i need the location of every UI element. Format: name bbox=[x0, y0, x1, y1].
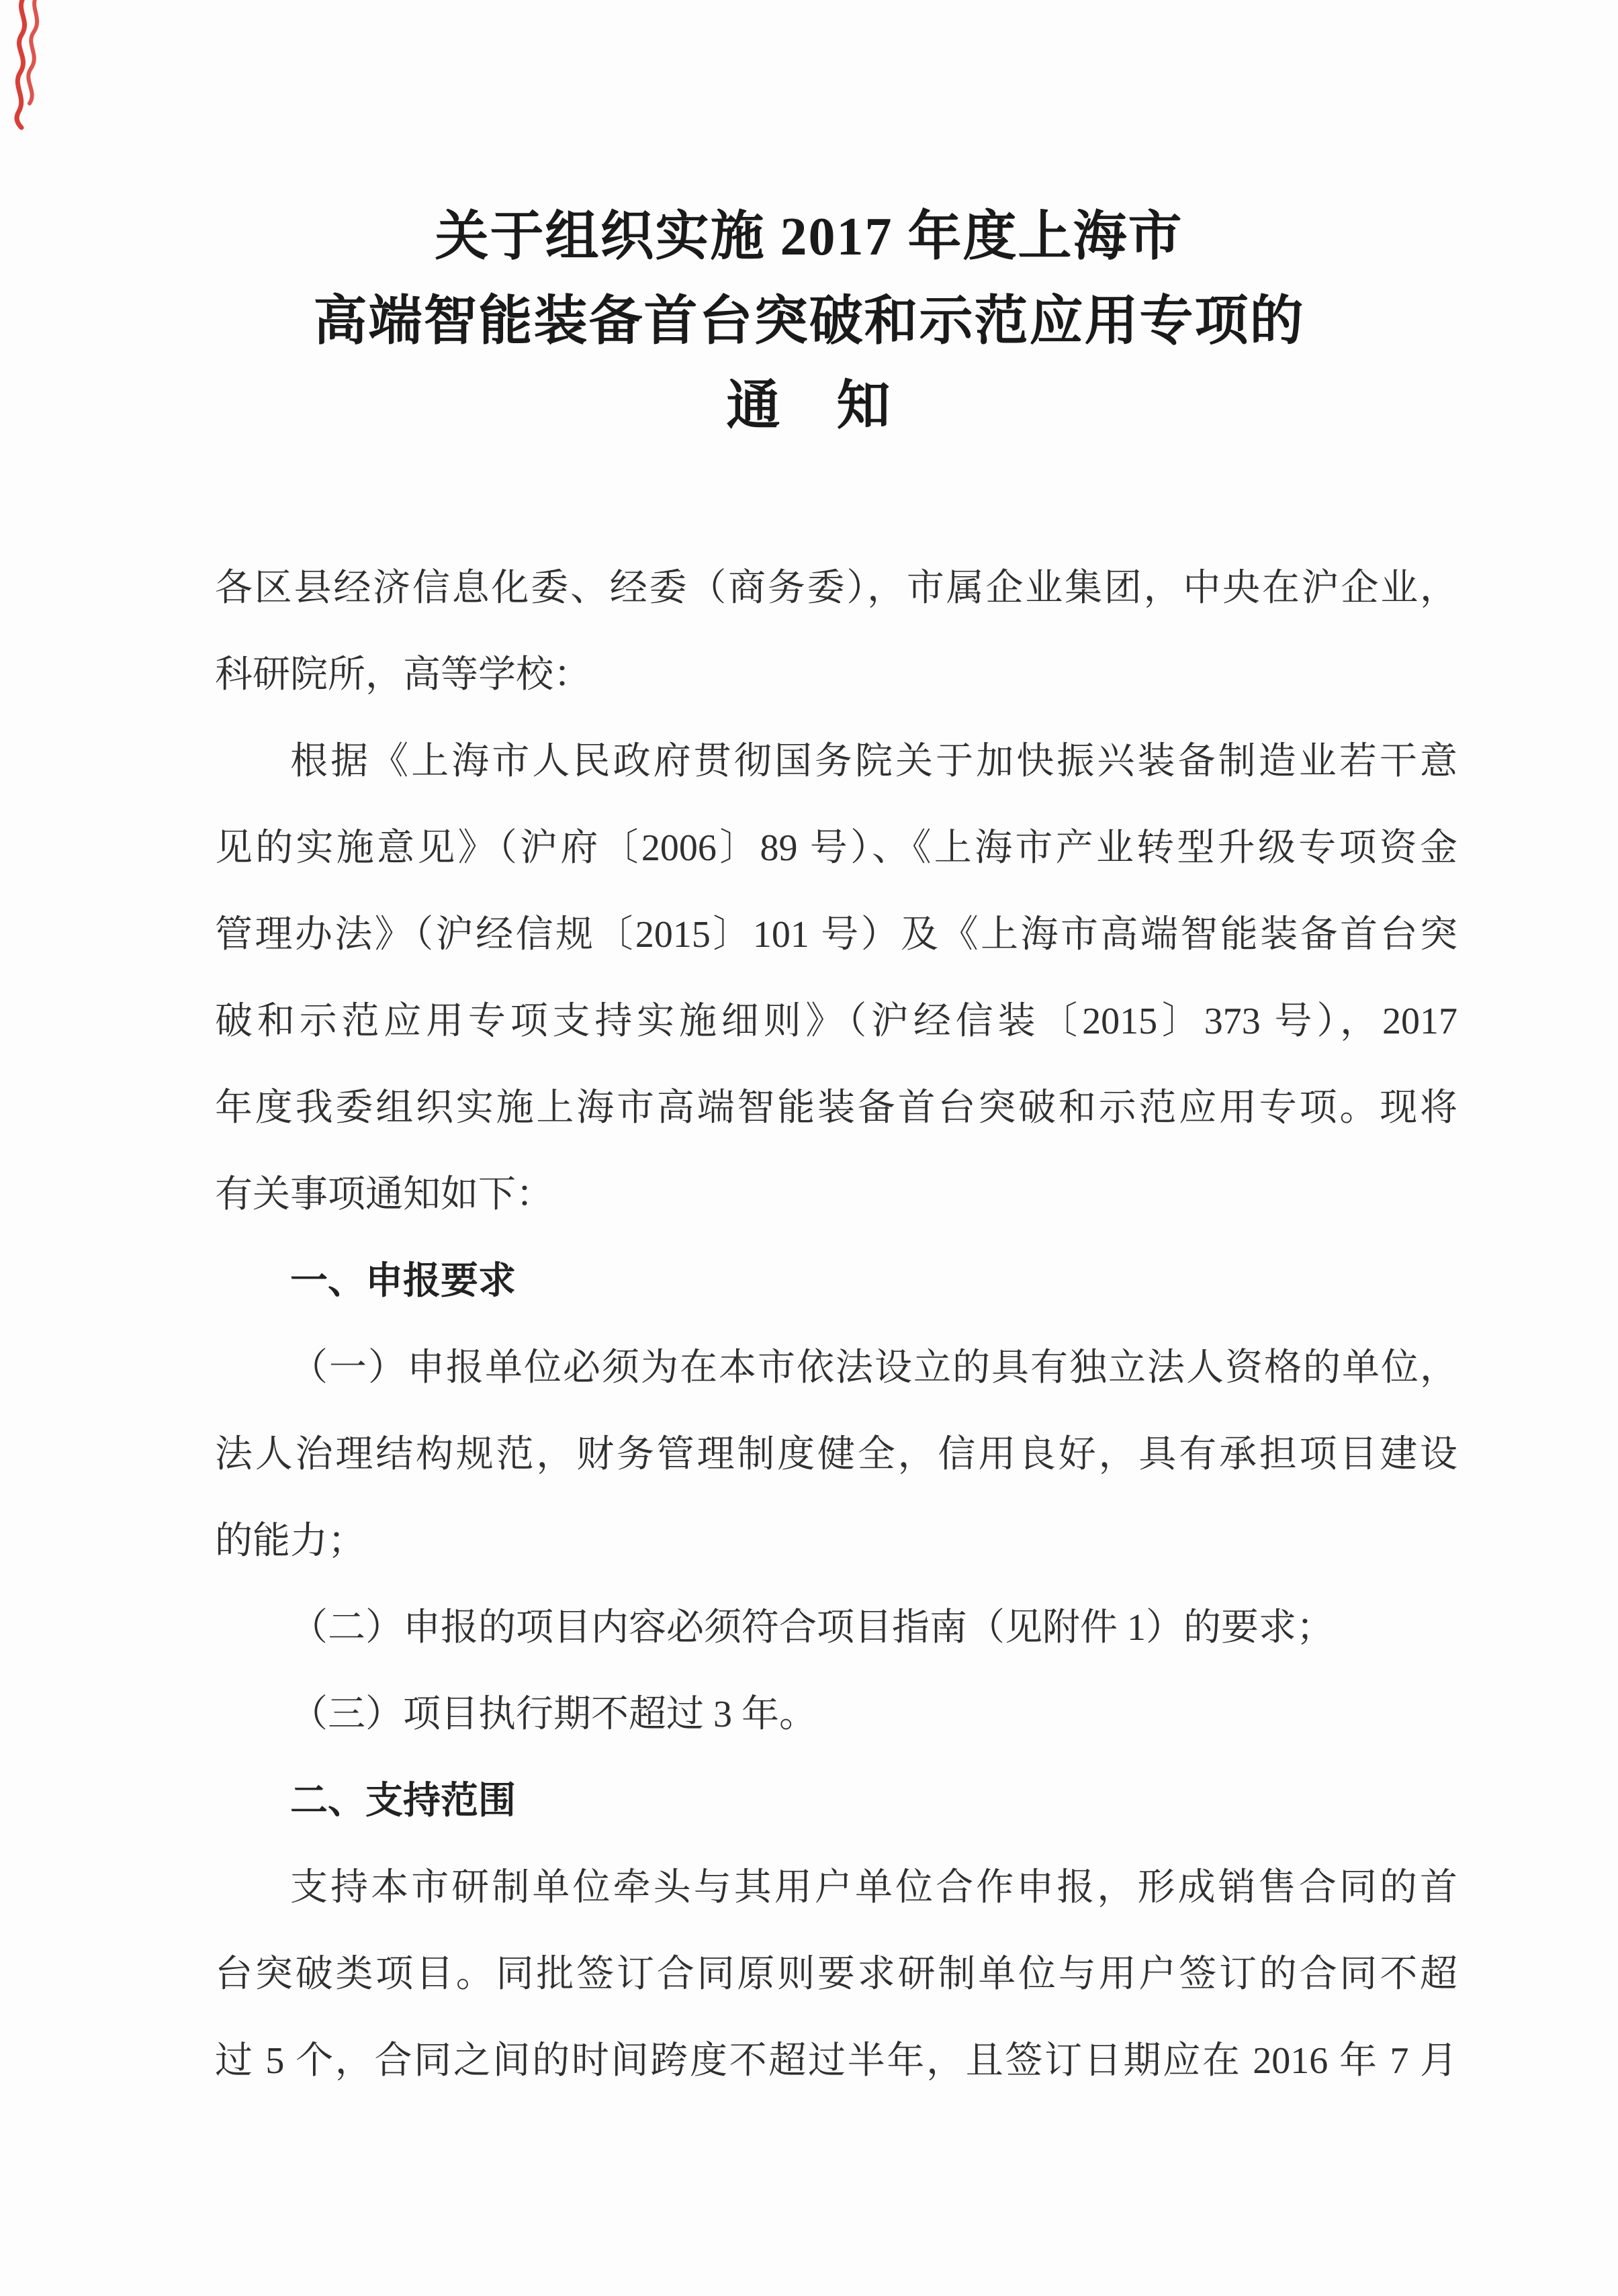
section-1-item-1a: （一）申报单位必须为在本市依法设立的具有独立法人资格的单位， bbox=[215, 1325, 1457, 1412]
salutation-line-2: 科研院所，高等学校： bbox=[215, 632, 1457, 719]
intro-line-6: 有关事项通知如下： bbox=[215, 1152, 1457, 1238]
scanned-document-page: 关于组织实施 2017 年度上海市 高端智能装备首台突破和示范应用专项的 通 知… bbox=[0, 0, 1618, 2296]
section-2-para-1a: 支持本市研制单位牵头与其用户单位合作申报，形成销售合同的首 bbox=[215, 1845, 1457, 1931]
intro-line-4: 破和示范应用专项支持实施细则》（沪经信装〔2015〕373 号），2017 bbox=[215, 978, 1457, 1065]
intro-line-3: 管理办法》（沪经信规〔2015〕101 号）及《上海市高端智能装备首台突 bbox=[215, 892, 1457, 978]
intro-line-5: 年度我委组织实施上海市高端智能装备首台突破和示范应用专项。现将 bbox=[215, 1065, 1457, 1152]
section-1-item-1c: 的能力； bbox=[215, 1498, 1457, 1585]
title-line-3: 通 知 bbox=[0, 364, 1618, 449]
document-title: 关于组织实施 2017 年度上海市 高端智能装备首台突破和示范应用专项的 通 知 bbox=[0, 195, 1618, 449]
intro-line-1: 根据《上海市人民政府贯彻国务院关于加快振兴装备制造业若干意 bbox=[215, 719, 1457, 805]
red-pen-scribble bbox=[4, 0, 47, 130]
section-1-item-3: （三）项目执行期不超过 3 年。 bbox=[215, 1671, 1457, 1758]
intro-line-2: 见的实施意见》（沪府〔2006〕89 号）、《上海市产业转型升级专项资金 bbox=[215, 805, 1457, 892]
section-1-heading: 一、申报要求 bbox=[215, 1238, 1457, 1325]
section-1-item-2: （二）申报的项目内容必须符合项目指南（见附件 1）的要求； bbox=[215, 1585, 1457, 1671]
title-line-1: 关于组织实施 2017 年度上海市 bbox=[0, 195, 1618, 279]
section-2-heading: 二、支持范围 bbox=[215, 1758, 1457, 1845]
document-body: 各区县经济信息化委、经委（商务委），市属企业集团，中央在沪企业， 科研院所，高等… bbox=[215, 545, 1457, 2105]
salutation-line-1: 各区县经济信息化委、经委（商务委），市属企业集团，中央在沪企业， bbox=[215, 545, 1457, 632]
section-1-item-1b: 法人治理结构规范，财务管理制度健全，信用良好，具有承担项目建设 bbox=[215, 1412, 1457, 1498]
section-2-para-1b: 台突破类项目。同批签订合同原则要求研制单位与用户签订的合同不超 bbox=[215, 1931, 1457, 2018]
section-2-para-1c: 过 5 个，合同之间的时间跨度不超过半年，且签订日期应在 2016 年 7 月 bbox=[215, 2018, 1457, 2105]
title-line-2: 高端智能装备首台突破和示范应用专项的 bbox=[0, 279, 1618, 364]
